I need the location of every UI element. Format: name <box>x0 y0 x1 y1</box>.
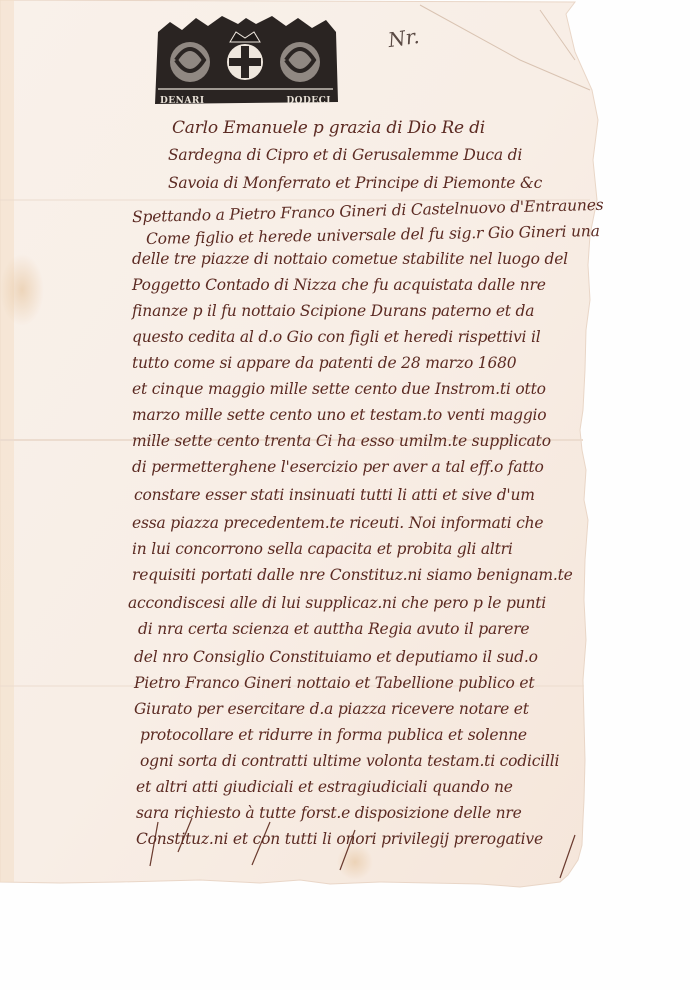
text-line: constare esser stati insinuati tutti li … <box>134 486 535 504</box>
text-line: finanze p il fu nottaio Scipione Durans … <box>132 302 534 320</box>
coat-of-arms-savoy-cross-stamp-icon <box>152 12 339 108</box>
text-line: marzo mille sette cento uno et testam.to… <box>132 406 546 424</box>
text-line: et cinque maggio mille sette cento due I… <box>132 380 546 398</box>
stamp-legend-left: DENARI <box>160 96 205 106</box>
text-line: accondiscesi alle di lui supplicaz.ni ch… <box>128 594 546 612</box>
text-line: di nra certa scienza et auttha Regia avu… <box>138 620 529 638</box>
text-line: Sardegna di Cipro et di Gerusalemme Duca… <box>168 146 522 164</box>
text-line: ogni sorta di contratti ultime volonta t… <box>140 752 559 770</box>
text-line: in lui concorrono sella capacita et prob… <box>132 540 513 558</box>
tax-stamp: DENARI DODECI <box>152 12 339 108</box>
text-line: essa piazza precedentem.te riceuti. Noi … <box>132 514 543 532</box>
text-line: Pietro Franco Gineri nottaio et Tabellio… <box>134 674 534 692</box>
top-right-notation: Nr. <box>386 24 420 52</box>
text-line: tutto come si appare da patenti de 28 ma… <box>132 354 516 372</box>
text-line: sara richiesto à tutte forst.e disposizi… <box>136 804 522 822</box>
text-line: requisiti portati dalle nre Constituz.ni… <box>132 566 573 584</box>
text-line: Giurato per esercitare d.a piazza riceve… <box>134 700 529 718</box>
text-line: Carlo Emanuele p grazia di Dio Re di <box>172 118 485 138</box>
text-line: del nro Consiglio Constituiamo et deputi… <box>134 648 538 666</box>
text-line: protocollare et ridurre in forma publica… <box>140 726 527 744</box>
text-line: Savoia di Monferrato et Principe di Piem… <box>168 174 542 192</box>
text-line: questo cedita al d.o Gio con figli et he… <box>132 328 541 346</box>
text-line: et altri atti giudiciali et estragiudici… <box>136 778 513 796</box>
stamp-legend-right: DODECI <box>286 96 331 106</box>
document-page: DENARI DODECI Nr. Carlo Emanuele p grazi… <box>0 0 700 990</box>
text-line: mille sette cento trenta Ci ha esso umil… <box>132 432 551 450</box>
text-line: Poggetto Contado di Nizza che fu acquist… <box>132 276 546 294</box>
text-line: Constituz.ni et con tutti li onori privi… <box>136 830 543 848</box>
text-line: delle tre piazze di nottaio cometue stab… <box>132 250 568 268</box>
text-line: di permetterghene l'esercizio per aver a… <box>132 458 544 476</box>
